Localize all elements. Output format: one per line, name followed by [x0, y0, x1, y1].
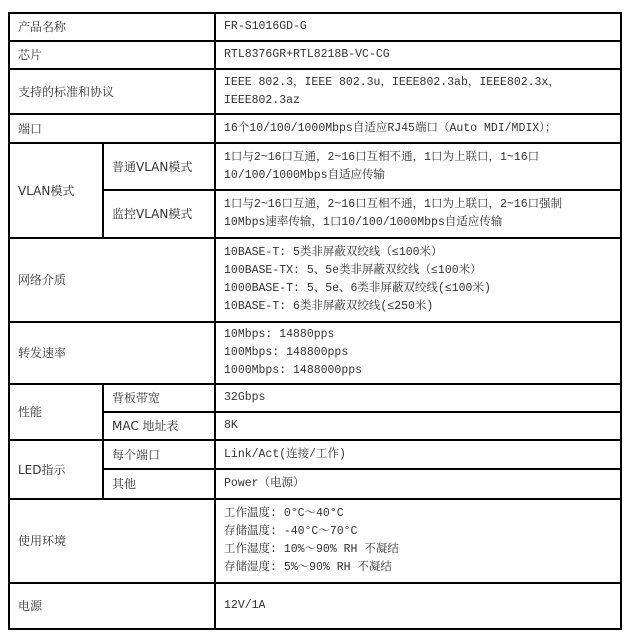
led-port-value: Link/Act(连接/工作) — [215, 440, 621, 469]
vlan-monitor-value: 1口与2~16口互通，2~16口互相不通，1口为上联口，2~16口强制 10Mb… — [215, 190, 621, 238]
led-other-value: Power（电源） — [215, 469, 621, 499]
row-standards: 支持的标准和协议 IEEE 802.3，IEEE 802.3u，IEEE802.… — [9, 69, 621, 114]
vlan-monitor-line: 1口与2~16口互通，2~16口互相不通，1口为上联口，2~16口强制 — [224, 196, 612, 214]
standards-line: IEEE 802.3，IEEE 802.3u，IEEE802.3ab，IEEE8… — [224, 74, 612, 92]
standards-line: IEEE802.3az — [224, 92, 612, 110]
network-media-label: 网络介质 — [9, 238, 215, 322]
network-media-line: 100BASE-TX: 5、5e类非屏蔽双绞线（≤100米） — [224, 262, 612, 280]
product-name-label: 产品名称 — [9, 13, 215, 41]
forwarding-rate-value: 10Mbps: 14880pps 100Mbps: 148800pps 1000… — [215, 322, 621, 384]
vlan-normal-value: 1口与2~16口互通，2~16口互相不通，1口为上联口，1~16口 10/100… — [215, 143, 621, 190]
environment-line: 存储湿度: 5%～90% RH 不凝结 — [224, 559, 612, 577]
chip-label: 芯片 — [9, 41, 215, 69]
environment-line: 存储温度: -40°C～70°C — [224, 523, 612, 541]
row-forwarding-rate: 转发速率 10Mbps: 14880pps 100Mbps: 148800pps… — [9, 322, 621, 384]
row-product-name: 产品名称 FR-S1016GD-G — [9, 13, 621, 41]
backplane-label: 背板带宽 — [103, 384, 215, 412]
vlan-mode-label: VLAN模式 — [9, 143, 103, 238]
performance-label: 性能 — [9, 384, 103, 440]
environment-label: 使用环境 — [9, 499, 215, 583]
network-media-value: 10BASE-T: 5类非屏蔽双绞线（≤100米） 100BASE-TX: 5、… — [215, 238, 621, 322]
row-ports: 端口 16个10/100/1000Mbps自适应RJ45端口（Auto MDI/… — [9, 114, 621, 143]
environment-line: 工作温度: 0°C～40°C — [224, 505, 612, 523]
mac-table-value: 8K — [215, 412, 621, 440]
backplane-value: 32Gbps — [215, 384, 621, 412]
network-media-line: 10BASE-T: 6类非屏蔽双绞线(≤250米) — [224, 298, 612, 316]
environment-value: 工作温度: 0°C～40°C 存储温度: -40°C～70°C 工作湿度: 10… — [215, 499, 621, 583]
vlan-normal-label: 普通VLAN模式 — [103, 143, 215, 190]
forwarding-rate-line: 100Mbps: 148800pps — [224, 344, 612, 362]
ports-label: 端口 — [9, 114, 215, 143]
forwarding-rate-line: 1000Mbps: 1488000pps — [224, 362, 612, 380]
standards-label: 支持的标准和协议 — [9, 69, 215, 114]
chip-value: RTL8376GR+RTL8218B-VC-CG — [215, 41, 621, 69]
vlan-monitor-line: 10Mbps速率传输，1口10/100/1000Mbps自适应传输 — [224, 214, 612, 232]
mac-table-label: MAC 地址表 — [103, 412, 215, 440]
power-label: 电源 — [9, 583, 215, 629]
spec-table: 产品名称 FR-S1016GD-G 芯片 RTL8376GR+RTL8218B-… — [8, 12, 622, 630]
vlan-normal-line: 10/100/1000Mbps自适应传输 — [224, 167, 612, 185]
network-media-line: 10BASE-T: 5类非屏蔽双绞线（≤100米） — [224, 244, 612, 262]
power-value: 12V/1A — [215, 583, 621, 629]
vlan-monitor-label: 监控VLAN模式 — [103, 190, 215, 238]
product-name-value: FR-S1016GD-G — [215, 13, 621, 41]
network-media-line: 1000BASE-T: 5、5e、6类非屏蔽双绞线(≤100米) — [224, 280, 612, 298]
standards-value: IEEE 802.3，IEEE 802.3u，IEEE802.3ab，IEEE8… — [215, 69, 621, 114]
environment-line: 工作湿度: 10%～90% RH 不凝结 — [224, 541, 612, 559]
vlan-normal-line: 1口与2~16口互通，2~16口互相不通，1口为上联口，1~16口 — [224, 149, 612, 167]
led-label: LED指示 — [9, 440, 103, 499]
forwarding-rate-label: 转发速率 — [9, 322, 215, 384]
forwarding-rate-line: 10Mbps: 14880pps — [224, 326, 612, 344]
row-power: 电源 12V/1A — [9, 583, 621, 629]
row-backplane: 性能 背板带宽 32Gbps — [9, 384, 621, 412]
row-vlan-normal: VLAN模式 普通VLAN模式 1口与2~16口互通，2~16口互相不通，1口为… — [9, 143, 621, 190]
led-other-label: 其他 — [103, 469, 215, 499]
led-port-label: 每个端口 — [103, 440, 215, 469]
ports-value: 16个10/100/1000Mbps自适应RJ45端口（Auto MDI/MDI… — [215, 114, 621, 143]
row-chip: 芯片 RTL8376GR+RTL8218B-VC-CG — [9, 41, 621, 69]
row-network-media: 网络介质 10BASE-T: 5类非屏蔽双绞线（≤100米） 100BASE-T… — [9, 238, 621, 322]
row-led-port: LED指示 每个端口 Link/Act(连接/工作) — [9, 440, 621, 469]
row-environment: 使用环境 工作温度: 0°C～40°C 存储温度: -40°C～70°C 工作湿… — [9, 499, 621, 583]
